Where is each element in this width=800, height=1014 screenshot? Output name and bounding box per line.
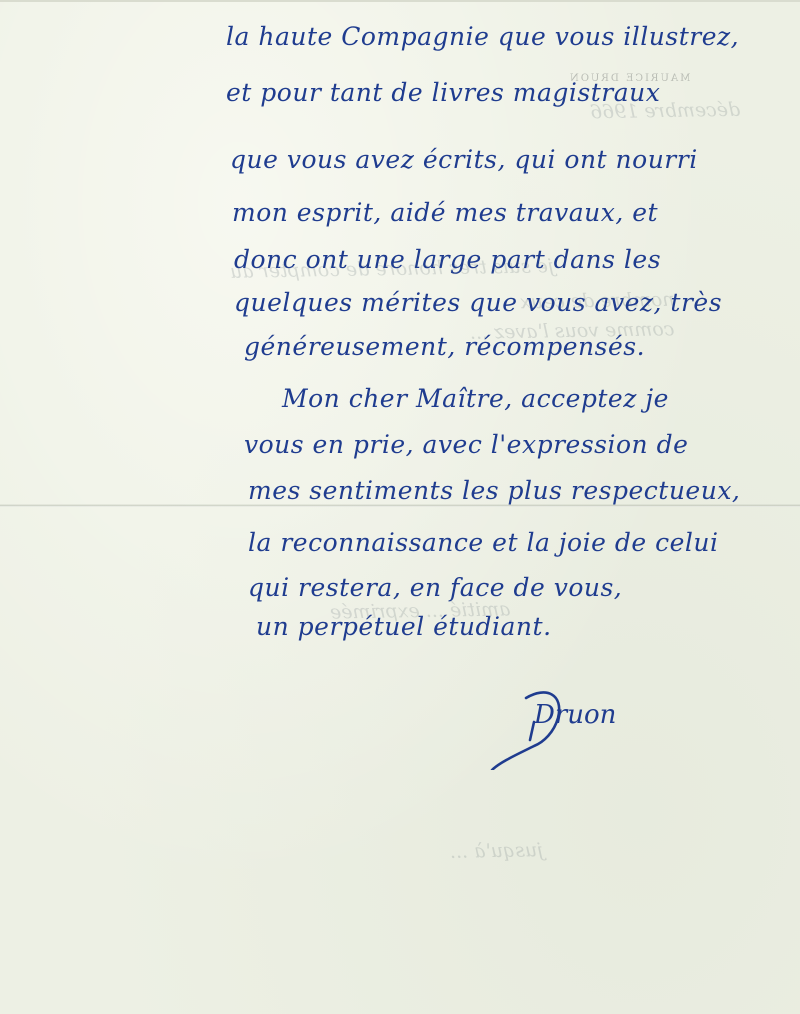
letter-line: la reconnaissance et la joie de celui: [248, 530, 718, 555]
letter-line: vous en prie, avec l'expression de: [244, 432, 688, 457]
paper-top-edge: [0, 0, 800, 2]
letter-line: quelques mérites que vous avez, très: [234, 290, 722, 315]
letter-line: qui restera, en face de vous,: [248, 575, 622, 600]
letter-line: que vous avez écrits, qui ont nourri: [230, 147, 698, 172]
letter-line: donc ont une large part dans les: [234, 247, 661, 272]
letter-line: mon esprit, aidé mes travaux, et: [232, 200, 658, 225]
letter-line: et pour tant de livres magistraux: [226, 80, 660, 105]
letter-line: la haute Compagnie que vous illustrez,: [226, 24, 739, 49]
letter-paper: MAURICE DRUON décembre 1966 je suis très…: [0, 0, 800, 1014]
show-through-line: jusqu'à ...: [450, 839, 543, 863]
signature: Druon: [534, 700, 616, 730]
letter-line: un perpétuel étudiant.: [256, 614, 552, 639]
letter-line: généreusement, récompensés.: [244, 334, 645, 359]
letter-line: Mon cher Maître, acceptez je: [282, 386, 669, 411]
letter-line: mes sentiments les plus respectueux,: [248, 478, 740, 503]
